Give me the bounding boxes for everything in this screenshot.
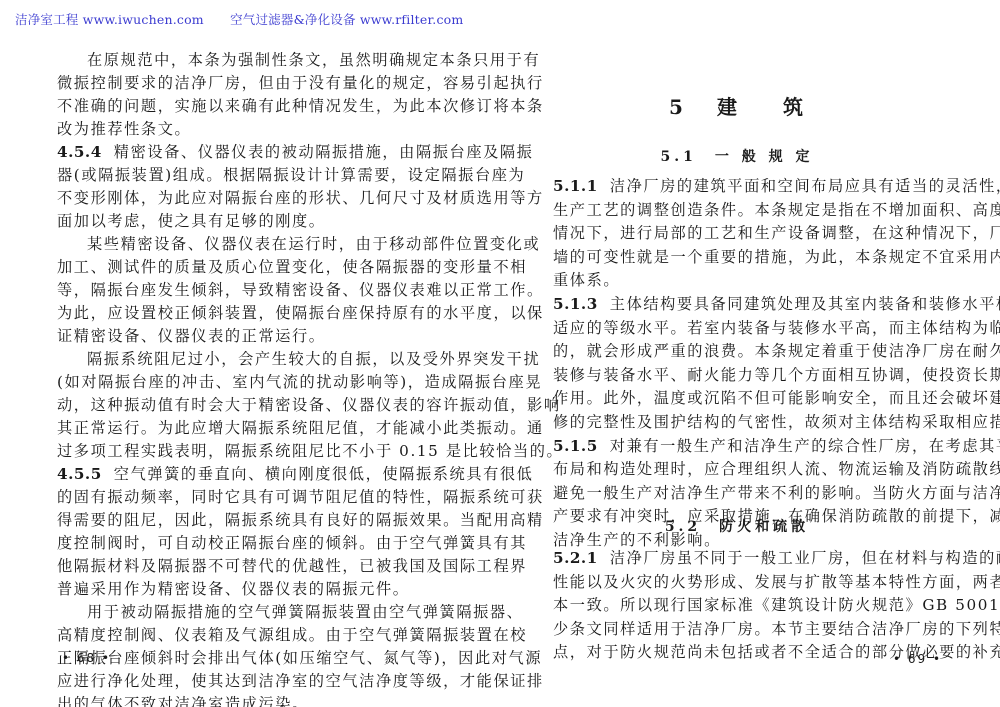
line-text: 少条文同样适用于洁净厂房。本节主要结合洁净厂房的下列特 <box>553 620 1000 638</box>
chapter-char-1: 建 <box>717 95 739 119</box>
text-line: 度控制阀时，可自动校正隔振台座的倾斜。由于空气弹簧具有其 <box>57 532 449 554</box>
text-line: 在原规范中，本条为强制性条文，虽然明确规定本条只用于有 <box>87 49 449 71</box>
text-line: 不准确的问题，实施以来确有此种情况发生，为此本次修订将本条 <box>57 95 449 117</box>
clause-number: 5.1.1 <box>553 177 598 195</box>
line-text: (如对隔振台座的冲击、室内气流的扰动影响等)，造成隔振台座晃 <box>57 373 542 391</box>
text-line: 等，隔振台座发生倾斜，导致精密设备、仪器仪表难以正常工作。 <box>57 279 449 301</box>
header-site-cleanroom: 洁净室工程 www.iwuchen.com <box>15 12 204 27</box>
line-text: 对兼有一般生产和洁净生产的综合性厂房，在考虑其平面 <box>610 437 1000 455</box>
clause-heading-line: 5.2.1洁净厂房虽不同于一般工业厂房，但在材料与构造的耐火 <box>553 547 921 569</box>
text-line: 动，这种振动值有时会大于精密设备、仪器仪表的容许振动值，影响 <box>57 394 449 416</box>
section-title-5-1: 5.1 一 般 规 定 <box>553 146 921 166</box>
line-text: 本一致。所以现行国家标准《建筑设计防火规范》GB 50016 中不 <box>553 596 1000 614</box>
line-text: 产要求有冲突时，应采取措施，在确保消防疏散的前提下，减少对 <box>553 507 1000 525</box>
clause-heading-line: 4.5.4精密设备、仪器仪表的被动隔振措施，由隔振台座及隔振 <box>57 141 449 163</box>
text-line: 普遍采用作为精密设备、仪器仪表的隔振元件。 <box>57 578 410 600</box>
clause-heading-line: 5.1.3主体结构要具备同建筑处理及其室内装备和装修水平相 <box>553 293 921 315</box>
text-line: 重体系。 <box>553 269 620 291</box>
watermark-header: 洁净室工程 www.iwuchen.com 空气过滤器&净化设备 www.rfi… <box>15 10 485 28</box>
line-text: 修的完整性及围护结构的气密性，故须对主体结构采取相应措施。 <box>553 413 1000 431</box>
line-text: 高精度控制阀、仪表箱及气源组成。由于空气弹簧隔振装置在校 <box>57 626 527 644</box>
line-text: 情况下，进行局部的工艺和生产设备调整，在这种情况下，厂房内 <box>553 224 1000 242</box>
text-line: 装修与装备水平、耐火能力等几个方面相互协调，使投资长期发挥 <box>553 364 921 386</box>
clause-heading-line: 5.1.1洁净厂房的建筑平面和空间布局应具有适当的灵活性，为 <box>553 175 921 197</box>
text-line: 得需要的阻尼，因此，隔振系统具有良好的隔振效果。当配用高精 <box>57 509 449 531</box>
clause-heading-line: 5.1.5对兼有一般生产和洁净生产的综合性厂房，在考虑其平面 <box>553 435 921 457</box>
chapter-number: 5 <box>669 95 685 119</box>
text-line: 的固有振动频率，同时它具有可调节阻尼值的特性，隔振系统可获 <box>57 486 449 508</box>
line-text: 洁净厂房虽不同于一般工业厂房，但在材料与构造的耐火 <box>610 549 1000 567</box>
line-text: 动，这种振动值有时会大于精密设备、仪器仪表的容许振动值，影响 <box>57 396 561 414</box>
text-line: 不变形刚体，为此应对隔振台座的形状、几何尺寸及材质选用等方 <box>57 187 449 209</box>
clause-number: 5.2.1 <box>553 549 598 567</box>
text-line: 隔振系统阻尼过小，会产生较大的自振，以及受外界突发干扰 <box>87 348 449 370</box>
line-text: 不变形刚体，为此应对隔振台座的形状、几何尺寸及材质选用等方 <box>57 189 544 207</box>
text-line: 修的完整性及围护结构的气密性，故须对主体结构采取相应措施。 <box>553 411 921 433</box>
clause-number: 4.5.4 <box>57 143 102 161</box>
text-line: (如对隔振台座的冲击、室内气流的扰动影响等)，造成隔振台座晃 <box>57 371 449 393</box>
line-text: 布局和构造处理时，应合理组织人流、物流运输及消防疏散线路， <box>553 460 1000 478</box>
line-text: 洁净厂房的建筑平面和空间布局应具有适当的灵活性，为 <box>610 177 1000 195</box>
text-line: 墙的可变性就是一个重要的措施，为此，本条规定不宜采用内墙承 <box>553 246 921 268</box>
text-line: 作用。此外，温度或沉陷不但可能影响安全，而且还会破坏建筑装 <box>553 387 921 409</box>
line-text: 隔振系统阻尼过小，会产生较大的自振，以及受外界突发干扰 <box>87 350 540 368</box>
text-line: 为此，应设置校正倾斜装置，使隔振台座保持原有的水平度，以保 <box>57 302 449 324</box>
text-line: 改为推荐性条文。 <box>57 118 191 140</box>
line-text: 避免一般生产对洁净生产带来不利的影响。当防火方面与洁净生 <box>553 484 1000 502</box>
text-line: 性能以及火灾的火势形成、发展与扩散等基本特性方面，两者都基 <box>553 571 921 593</box>
line-text: 空气弹簧的垂直向、横向刚度很低，使隔振系统具有很低 <box>114 465 534 483</box>
line-text: 用于被动隔振措施的空气弹簧隔振装置由空气弹簧隔振器、 <box>87 603 523 621</box>
line-text: 其正常运行。为此应增大隔振系统阻尼值，才能减小此类振动。通 <box>57 419 544 437</box>
line-text: 装修与装备水平、耐火能力等几个方面相互协调，使投资长期发挥 <box>553 366 1000 384</box>
text-line: 适应的等级水平。若室内装备与装修水平高，而主体结构为临时 <box>553 317 921 339</box>
text-line: 布局和构造处理时，应合理组织人流、物流运输及消防疏散线路， <box>553 458 921 480</box>
text-line: 他隔振材料及隔振器不可替代的优越性，已被我国及国际工程界 <box>57 555 449 577</box>
text-line: 避免一般生产对洁净生产带来不利的影响。当防火方面与洁净生 <box>553 482 921 504</box>
text-line: 高精度控制阀、仪表箱及气源组成。由于空气弹簧隔振装置在校 <box>57 624 449 646</box>
line-text: 微振控制要求的洁净厂房，但由于没有量化的规定，容易引起执行 <box>57 74 544 92</box>
line-text: 不准确的问题，实施以来确有此种情况发生，为此本次修订将本条 <box>57 97 544 115</box>
text-line: 的，就会形成严重的浪费。本条规定着重于使洁净厂房在耐久性、 <box>553 340 921 362</box>
line-text: 性能以及火灾的火势形成、发展与扩散等基本特性方面，两者都基 <box>553 573 1000 591</box>
line-text: 证精密设备、仪器仪表的正常运行。 <box>57 327 326 345</box>
line-text: 普遍采用作为精密设备、仪器仪表的隔振元件。 <box>57 580 410 598</box>
text-line: 加工、测试件的质量及质心位置变化，使各隔振器的变形量不相 <box>57 256 449 278</box>
clause-heading-line: 4.5.5空气弹簧的垂直向、横向刚度很低，使隔振系统具有很低 <box>57 463 449 485</box>
line-text: 主体结构要具备同建筑处理及其室内装备和装修水平相 <box>610 295 1000 313</box>
text-line: 情况下，进行局部的工艺和生产设备调整，在这种情况下，厂房内 <box>553 222 921 244</box>
text-line: 证精密设备、仪器仪表的正常运行。 <box>57 325 326 347</box>
right-page-number: • 69 • <box>893 652 942 666</box>
left-page-number: • 68 • <box>62 651 111 665</box>
text-line: 用于被动隔振措施的空气弹簧隔振装置由空气弹簧隔振器、 <box>87 601 449 623</box>
text-line: 本一致。所以现行国家标准《建筑设计防火规范》GB 50016 中不 <box>553 594 921 616</box>
clause-number: 5.1.3 <box>553 295 598 313</box>
chapter-title: 5建筑 <box>553 91 921 120</box>
chapter-char-2: 筑 <box>783 95 805 119</box>
line-text: 适应的等级水平。若室内装备与装修水平高，而主体结构为临时 <box>553 319 1000 337</box>
line-text: 器(或隔振装置)组成。根据隔振设计计算需要，设定隔振台座为 <box>57 166 525 184</box>
line-text: 正隔振台座倾斜时会排出气体(如压缩空气、氮气等)，因此对气源 <box>57 649 542 667</box>
line-text: 他隔振材料及隔振器不可替代的优越性，已被我国及国际工程界 <box>57 557 527 575</box>
line-text: 在原规范中，本条为强制性条文，虽然明确规定本条只用于有 <box>87 51 540 69</box>
header-site-filter: 空气过滤器&净化设备 www.rfilter.com <box>230 12 463 27</box>
line-text: 某些精密设备、仪器仪表在运行时，由于移动部件位置变化或 <box>87 235 540 253</box>
line-text: 等，隔振台座发生倾斜，导致精密设备、仪器仪表难以正常工作。 <box>57 281 544 299</box>
line-text: 应进行净化处理，使其达到洁净室的空气洁净度等级，才能保证排 <box>57 672 544 690</box>
line-text: 度控制阀时，可自动校正隔振台座的倾斜。由于空气弹簧具有其 <box>57 534 527 552</box>
line-text: 精密设备、仪器仪表的被动隔振措施，由隔振台座及隔振 <box>114 143 534 161</box>
text-line: 少条文同样适用于洁净厂房。本节主要结合洁净厂房的下列特 <box>553 618 921 640</box>
text-line: 器(或隔振装置)组成。根据隔振设计计算需要，设定隔振台座为 <box>57 164 449 186</box>
text-line: 出的气体不致对洁净室造成污染。 <box>57 693 309 707</box>
text-line: 面加以考虑，使之具有足够的刚度。 <box>57 210 326 232</box>
line-text: 的固有振动频率，同时它具有可调节阻尼值的特性，隔振系统可获 <box>57 488 544 506</box>
clause-number: 4.5.5 <box>57 465 102 483</box>
line-text: 过多项工程实践表明，隔振系统阻尼比不小于 0.15 是比较恰当的。 <box>57 442 563 460</box>
clause-number: 5.1.5 <box>553 437 598 455</box>
text-line: 应进行净化处理，使其达到洁净室的空气洁净度等级，才能保证排 <box>57 670 449 692</box>
line-text: 改为推荐性条文。 <box>57 120 191 138</box>
line-text: 的，就会形成严重的浪费。本条规定着重于使洁净厂房在耐久性、 <box>553 342 1000 360</box>
line-text: 重体系。 <box>553 271 620 289</box>
text-line: 生产工艺的调整创造条件。本条规定是指在不增加面积、高度的 <box>553 199 921 221</box>
text-line: 产要求有冲突时，应采取措施，在确保消防疏散的前提下，减少对 <box>553 505 921 527</box>
text-line: 其正常运行。为此应增大隔振系统阻尼值，才能减小此类振动。通 <box>57 417 449 439</box>
text-line: 微振控制要求的洁净厂房，但由于没有量化的规定，容易引起执行 <box>57 72 449 94</box>
line-text: 面加以考虑，使之具有足够的刚度。 <box>57 212 326 230</box>
line-text: 生产工艺的调整创造条件。本条规定是指在不增加面积、高度的 <box>553 201 1000 219</box>
line-text: 墙的可变性就是一个重要的措施，为此，本条规定不宜采用内墙承 <box>553 248 1000 266</box>
line-text: 作用。此外，温度或沉陷不但可能影响安全，而且还会破坏建筑装 <box>553 389 1000 407</box>
text-line: 过多项工程实践表明，隔振系统阻尼比不小于 0.15 是比较恰当的。 <box>57 440 449 462</box>
line-text: 为此，应设置校正倾斜装置，使隔振台座保持原有的水平度，以保 <box>57 304 544 322</box>
line-text: 出的气体不致对洁净室造成污染。 <box>57 695 309 707</box>
line-text: 得需要的阻尼，因此，隔振系统具有良好的隔振效果。当配用高精 <box>57 511 544 529</box>
text-line: 某些精密设备、仪器仪表在运行时，由于移动部件位置变化或 <box>87 233 449 255</box>
line-text: 加工、测试件的质量及质心位置变化，使各隔振器的变形量不相 <box>57 258 527 276</box>
text-line: 正隔振台座倾斜时会排出气体(如压缩空气、氮气等)，因此对气源 <box>57 647 449 669</box>
